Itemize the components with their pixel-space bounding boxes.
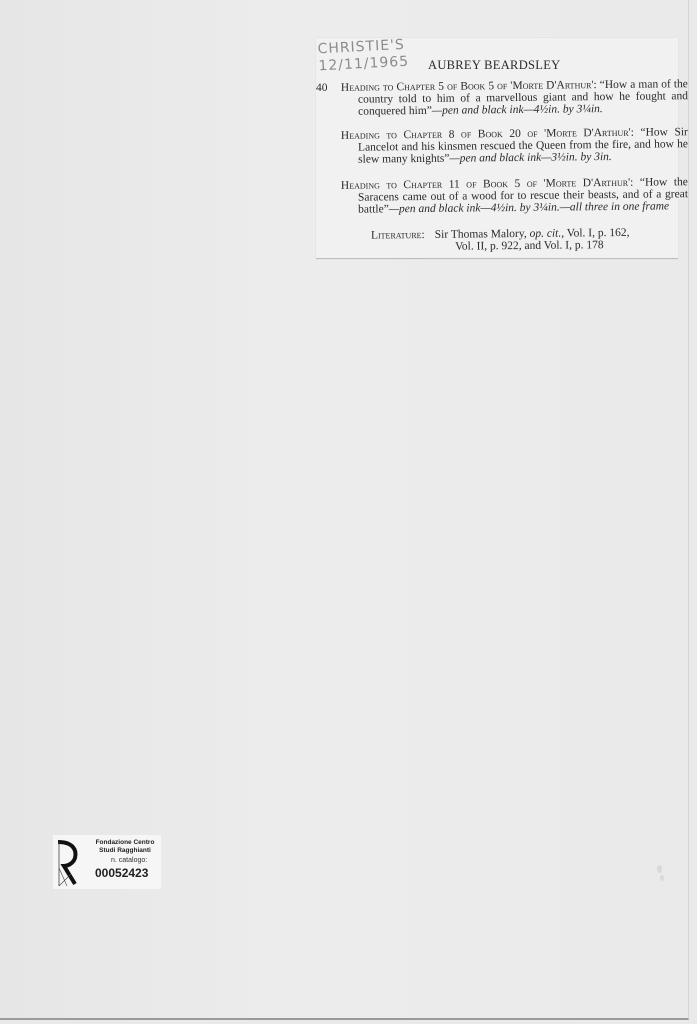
- entry-medium: —pen and black ink—3½in. by 3in.: [449, 151, 611, 165]
- literature-citation: op. cit.: [530, 228, 562, 240]
- literature-pages: , Vol. I, p. 162,: [561, 227, 629, 240]
- author-heading: AUBREY BEARDSLEY: [428, 58, 560, 73]
- catalogue-entry-3: Heading to Chapter 11 of Book 5 of 'Mort…: [341, 176, 688, 216]
- entry-medium: —pen and black ink—4½in. by 3¼in.: [432, 103, 603, 117]
- literature-label: Literature:: [371, 229, 425, 242]
- catalogue-entry-1: Heading to Chapter 5 of Book 5 of 'Morte…: [341, 78, 688, 118]
- catalog-number: 00052423: [95, 866, 148, 880]
- handwritten-note: CHRISTIE'S 12/11/1965: [317, 38, 409, 74]
- archive-sheet: CHRISTIE'S 12/11/1965 AUBREY BEARDSLEY 4…: [0, 0, 689, 1020]
- paper-mark: [660, 875, 664, 881]
- literature-author: Sir Thomas Malory,: [435, 228, 530, 241]
- literature-reference: Literature:Sir Thomas Malory, op. cit., …: [371, 226, 671, 253]
- catalogue-entry-2: Heading to Chapter 8 of Book 20 of 'Mort…: [341, 126, 688, 166]
- lot-number: 40: [316, 82, 328, 94]
- paper-mark: [657, 865, 662, 873]
- stamp-org-line1: Fondazione Centro: [90, 839, 160, 847]
- stamp-org-line2: Studi Ragghianti: [90, 847, 160, 855]
- archive-stamp: Fondazione Centro Studi Ragghianti n. ca…: [53, 835, 161, 889]
- stamp-organization: Fondazione Centro Studi Ragghianti: [90, 839, 160, 855]
- ragghianti-logo-icon: [55, 838, 79, 888]
- catalog-label: n. catalogo:: [111, 857, 147, 864]
